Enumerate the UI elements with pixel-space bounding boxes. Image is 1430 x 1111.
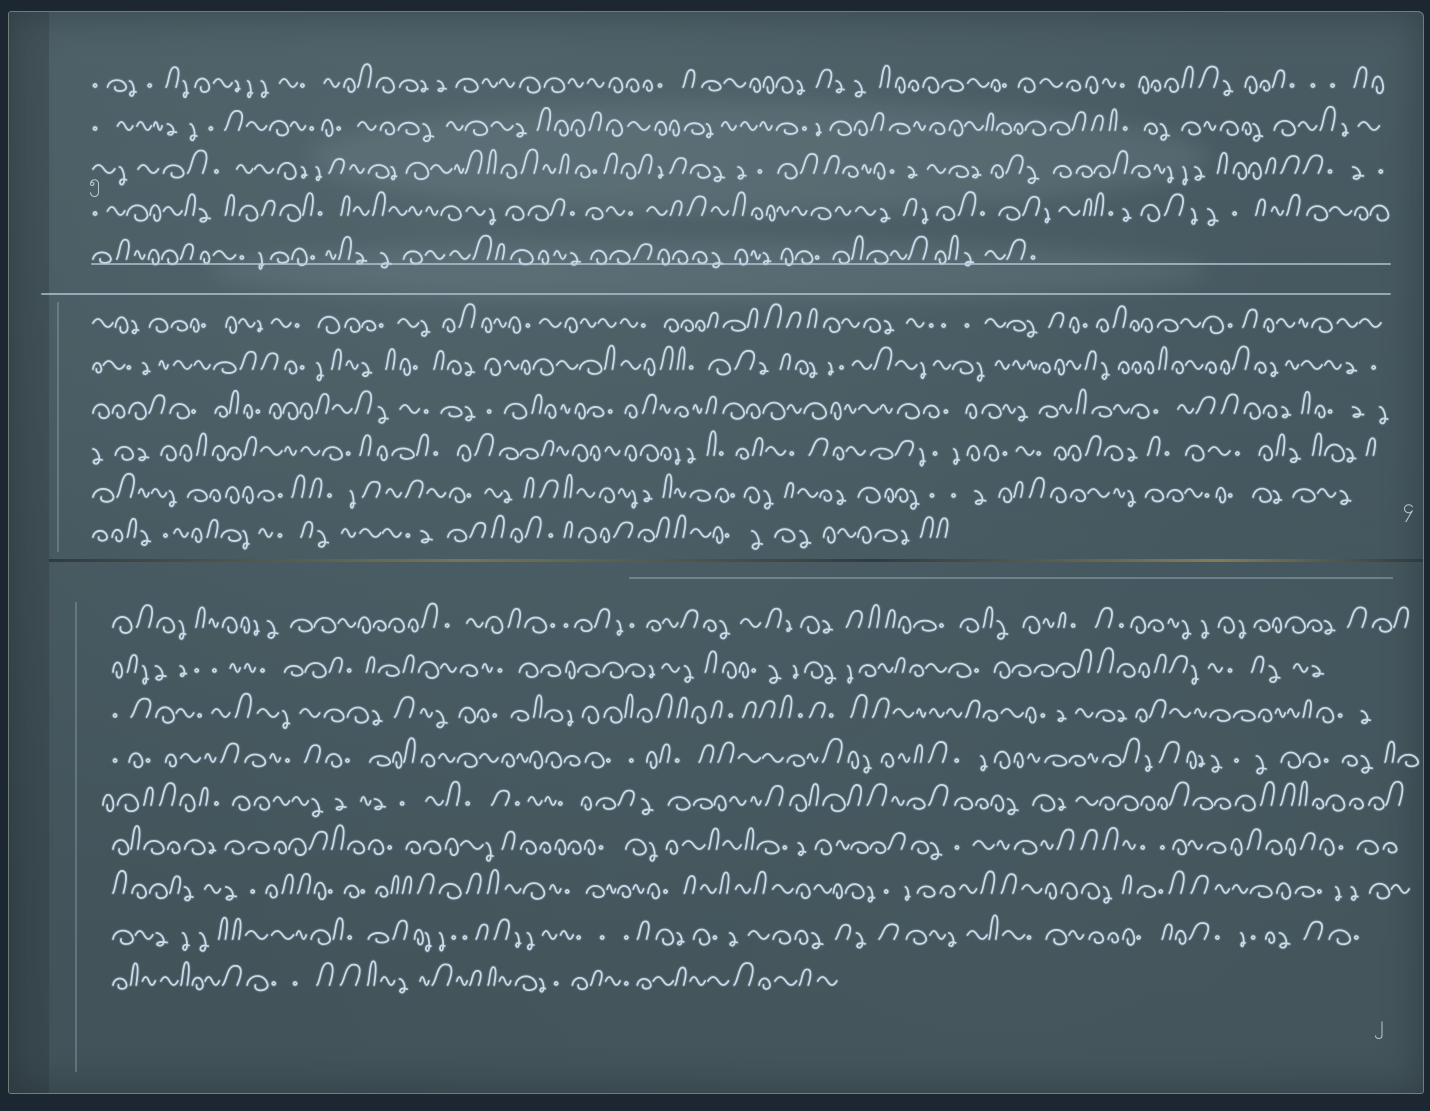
margin-numeral: ၄ <box>1403 496 1414 516</box>
handwriting-strokes <box>111 736 1411 776</box>
handwriting-strokes <box>111 913 1381 953</box>
handwriting-strokes <box>111 823 1411 863</box>
script-line: [illegible manuscript script] <box>91 301 1391 341</box>
script-line: [illegible manuscript script] <box>91 343 1391 383</box>
handwriting-strokes <box>91 471 1371 511</box>
manuscript-page: [illegible manuscript script][illegible … <box>8 11 1424 1094</box>
script-line: [illegible manuscript script] <box>91 471 1371 511</box>
handwriting-strokes <box>111 867 1411 907</box>
script-line: [illegible manuscript script] <box>101 779 1411 819</box>
script-line: [illegible manuscript script] <box>111 736 1411 776</box>
handwriting-strokes <box>91 429 1391 469</box>
script-line: [illegible manuscript script] <box>91 104 1391 144</box>
margin-numeral: ၅ <box>89 171 100 191</box>
script-line: [illegible manuscript script] <box>111 601 1411 641</box>
script-line: [illegible manuscript script] <box>111 823 1411 863</box>
script-line: [illegible manuscript script] <box>111 959 841 999</box>
margin-guide <box>57 302 59 552</box>
ruled-line <box>91 263 1391 265</box>
ruled-line <box>41 293 1391 295</box>
script-line: [illegible manuscript script] <box>111 913 1381 953</box>
handwriting-strokes <box>111 959 841 999</box>
handwriting-strokes <box>91 104 1391 144</box>
handwriting-strokes <box>111 691 1391 731</box>
margin-guide <box>75 602 77 1072</box>
handwriting-strokes <box>91 233 1041 273</box>
fold-crease <box>49 559 1423 562</box>
handwriting-strokes <box>91 189 1391 229</box>
script-line: [illegible manuscript script] <box>111 691 1391 731</box>
script-line: [illegible manuscript script] <box>111 867 1411 907</box>
handwriting-strokes <box>111 646 1341 686</box>
script-line: [illegible manuscript script] <box>91 189 1391 229</box>
script-line: [illegible manuscript script] <box>91 61 1391 101</box>
handwriting-strokes <box>91 147 1391 187</box>
handwriting-strokes <box>91 511 951 551</box>
handwriting-strokes <box>111 601 1411 641</box>
handwriting-strokes <box>91 387 1401 427</box>
script-line: [illegible manuscript script] <box>111 646 1341 686</box>
handwriting-strokes <box>91 301 1391 341</box>
script-line: [illegible manuscript script] <box>91 387 1401 427</box>
script-line: [illegible manuscript script] <box>91 147 1391 187</box>
script-line: [illegible manuscript script] <box>91 511 951 551</box>
script-line: [illegible manuscript script] <box>91 429 1391 469</box>
handwriting-strokes <box>101 779 1411 819</box>
section-rule <box>629 577 1393 579</box>
margin-numeral: ၂ <box>1374 1013 1384 1033</box>
script-line: [illegible manuscript script] <box>91 233 1041 273</box>
handwriting-strokes <box>91 61 1391 101</box>
handwriting-strokes <box>91 343 1391 383</box>
